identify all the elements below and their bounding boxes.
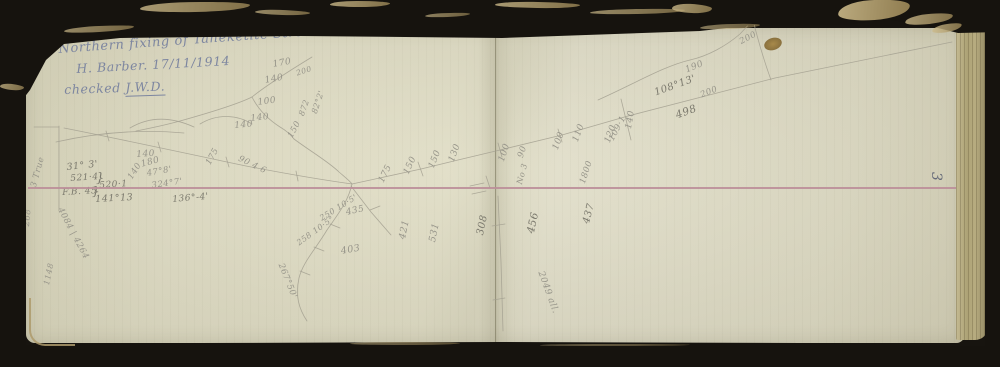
book-fore-edge [956,26,988,340]
photographed-notebook: Northern fixing of Taheketite Stream H. … [0,0,1000,367]
page-gutter-shading [478,28,514,343]
cover-right-edge [985,0,1000,367]
cover-left-edge [0,0,26,367]
page-fold-line [495,30,496,342]
cover-corner-wear [29,298,75,346]
